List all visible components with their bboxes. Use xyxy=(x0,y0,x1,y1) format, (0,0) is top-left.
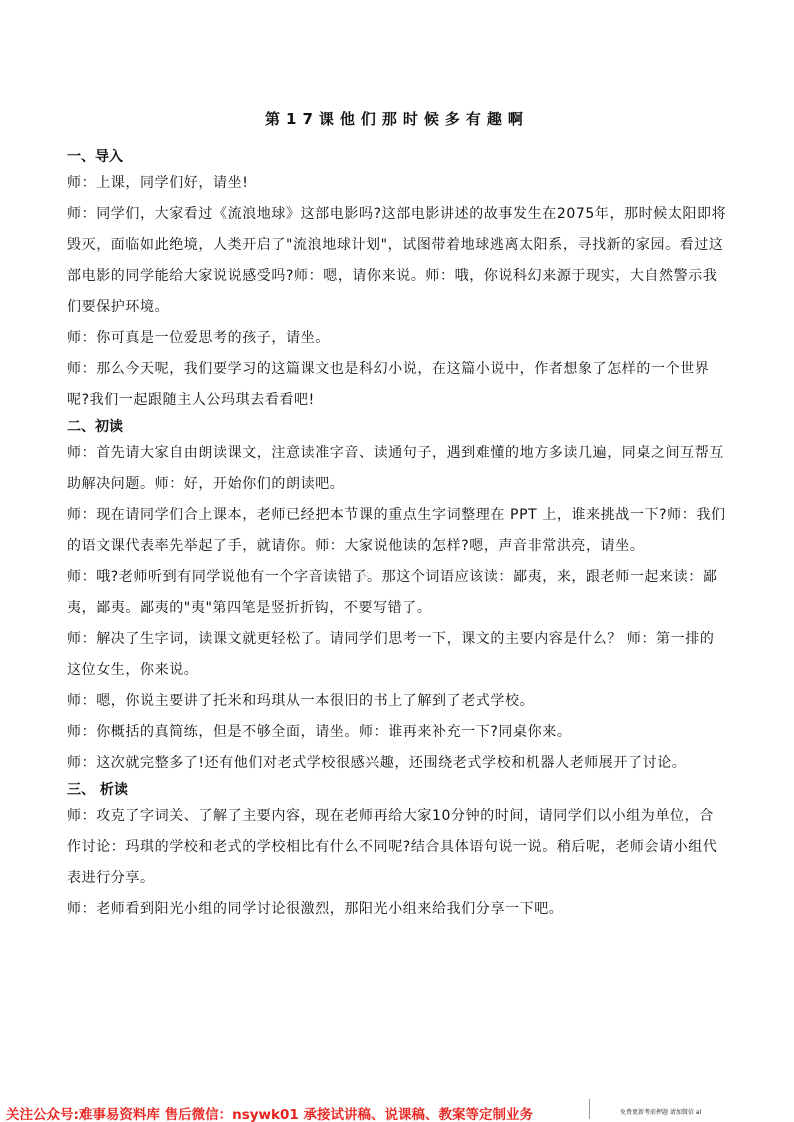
section-heading: 三、 析读 xyxy=(67,779,727,801)
footer-divider xyxy=(589,1099,590,1119)
paragraph: 师：同学们，大家看过《流浪地球》这部电影吗?这部电影讲述的故事发生在2075年，… xyxy=(67,199,727,323)
paragraph: 师：老师看到阳光小组的同学讨论很激烈，那阳光小组来给我们分享一下吧。 xyxy=(67,894,727,925)
paragraph: 师：攻克了字词关、了解了主要内容，现在老师再给大家10分钟的时间，请同学们以小组… xyxy=(67,801,727,894)
paragraph: 师：上课，同学们好，请坐! xyxy=(67,168,727,199)
paragraph: 师：哦?老师听到有同学说他有一个字音读错了。那这个词语应该读：鄙夷，来，跟老师一… xyxy=(67,562,727,624)
paragraph: 师：解决了生字词，读课文就更轻松了。请同学们思考一下，课文的主要内容是什么？ 师… xyxy=(67,624,727,686)
paragraph: 师：你概括的真简练，但是不够全面，请坐。师：谁再来补充一下?同桌你来。 xyxy=(67,717,727,748)
footer-note: 免费更新考前押题 请加微信 al xyxy=(620,1107,701,1116)
section-analysis: 三、 析读 师：攻克了字词关、了解了主要内容，现在老师再给大家10分钟的时间，请… xyxy=(67,779,727,925)
section-intro: 一、导入 师：上课，同学们好，请坐! 师：同学们，大家看过《流浪地球》这部电影吗… xyxy=(67,146,727,416)
section-heading: 二、初读 xyxy=(67,416,727,438)
footer: 关注公众号:难事易资料库 售后微信：nsywk01 承接试讲稿、说课稿、教案等定… xyxy=(6,1103,794,1121)
document-body: 一、导入 师：上课，同学们好，请坐! 师：同学们，大家看过《流浪地球》这部电影吗… xyxy=(67,146,727,925)
paragraph: 师：你可真是一位爱思考的孩子，请坐。 xyxy=(67,323,727,354)
paragraph: 师：现在请同学们合上课本，老师已经把本节课的重点生字词整理在 PPT 上，谁来挑… xyxy=(67,500,727,562)
paragraph: 师：首先请大家自由朗读课文，注意读准字音、读通句子，遇到难懂的地方多读几遍，同桌… xyxy=(67,438,727,500)
paragraph: 师：这次就完整多了!还有他们对老式学校很感兴趣，还围绕老式学校和机器人老师展开了… xyxy=(67,748,727,779)
section-heading: 一、导入 xyxy=(67,146,727,168)
footer-promo-text: 关注公众号:难事易资料库 售后微信：nsywk01 承接试讲稿、说课稿、教案等定… xyxy=(6,1103,533,1122)
paragraph: 师：嗯，你说主要讲了托米和玛琪从一本很旧的书上了解到了老式学校。 xyxy=(67,686,727,717)
section-first-reading: 二、初读 师：首先请大家自由朗读课文，注意读准字音、读通句子，遇到难懂的地方多读… xyxy=(67,416,727,779)
paragraph: 师：那么今天呢，我们要学习的这篇课文也是科幻小说，在这篇小说中，作者想象了怎样的… xyxy=(67,354,727,416)
document-title: 第17课他们那时候多有趣啊 xyxy=(0,108,794,129)
